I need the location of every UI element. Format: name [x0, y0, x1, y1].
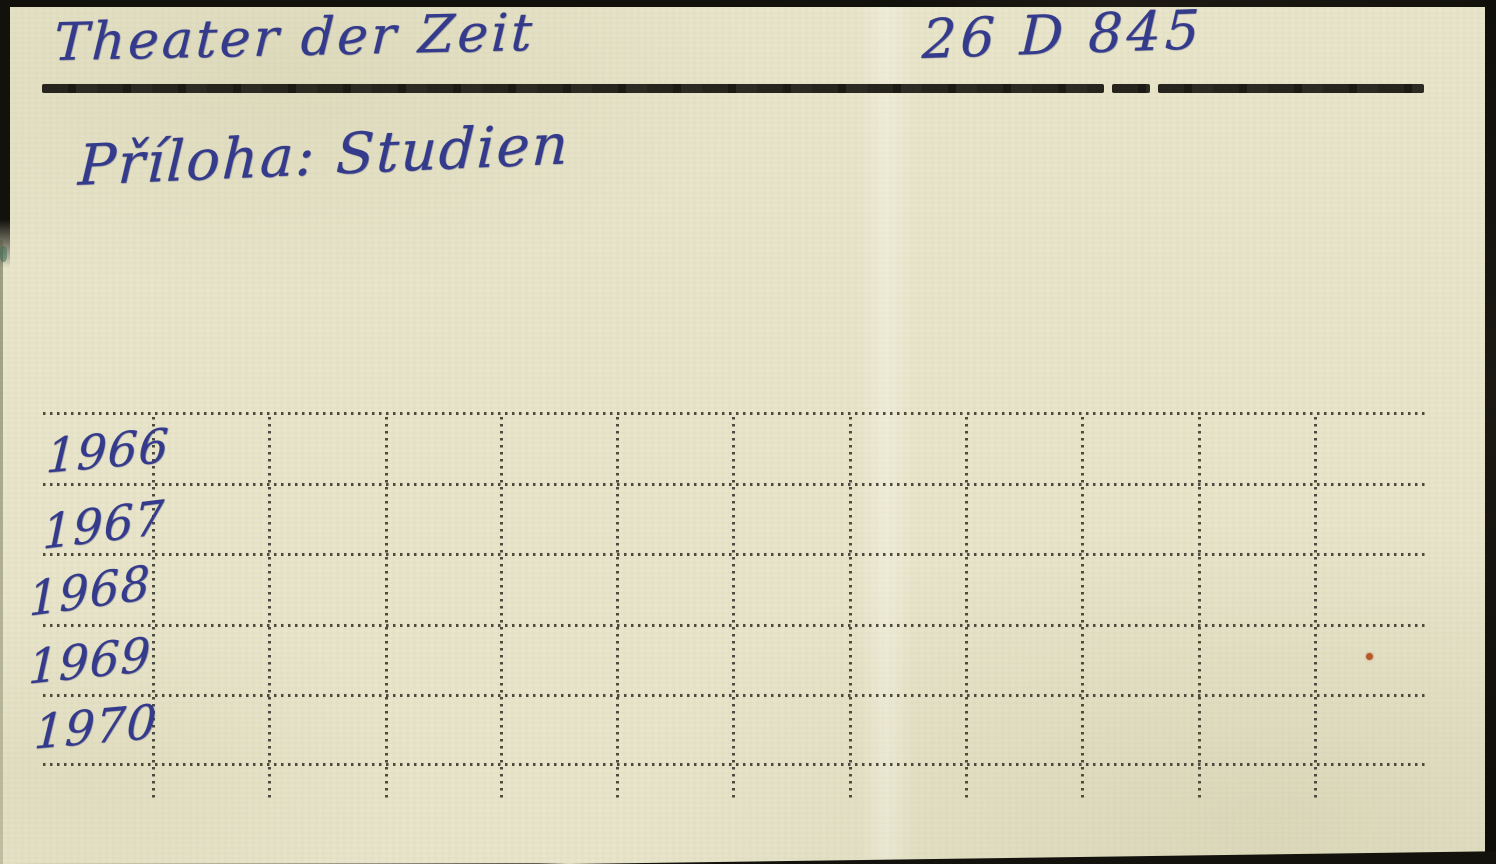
grid-column-line [1081, 417, 1084, 802]
year-label: 1970 [33, 698, 159, 756]
card-title: Theater der Zeit [53, 7, 536, 69]
grid-row-line [43, 483, 1428, 486]
grid-column-line [500, 417, 503, 802]
grid-row-line [43, 624, 1428, 627]
title-rule [1112, 84, 1150, 93]
paper-speck-green [0, 246, 7, 262]
scan-edge-bottom [0, 849, 1496, 864]
grid-column-line [965, 417, 968, 802]
title-rule [1158, 84, 1424, 93]
year-label: 1969 [28, 631, 153, 691]
title-rule [42, 84, 1104, 93]
call-number: 26 D 845 [921, 3, 1204, 67]
grid-row-line [43, 763, 1428, 766]
grid-row-line [43, 694, 1428, 697]
year-label: 1966 [45, 422, 171, 480]
grid-column-line [732, 417, 735, 802]
scan-edge-top [0, 0, 1496, 7]
grid-row-line [43, 412, 1428, 415]
paper-speck-orange [1366, 653, 1373, 660]
scan-edge-right [1485, 0, 1496, 864]
scan-edge-left [0, 0, 10, 268]
grid-column-line [268, 417, 271, 802]
supplement-note: Příloha: Studien [77, 117, 571, 195]
grid-column-line [1198, 417, 1201, 802]
year-label: 1967 [42, 494, 166, 557]
catalog-card: Theater der Zeit 26 D 845 Příloha: Studi… [0, 0, 1496, 864]
grid-column-line [385, 417, 388, 802]
grid-column-line [616, 417, 619, 802]
scan-edge-left-thin [0, 240, 3, 864]
grid-column-line [849, 417, 852, 802]
grid-column-line [1314, 417, 1317, 802]
year-label: 1968 [29, 559, 151, 624]
grid-row-line [43, 553, 1428, 556]
